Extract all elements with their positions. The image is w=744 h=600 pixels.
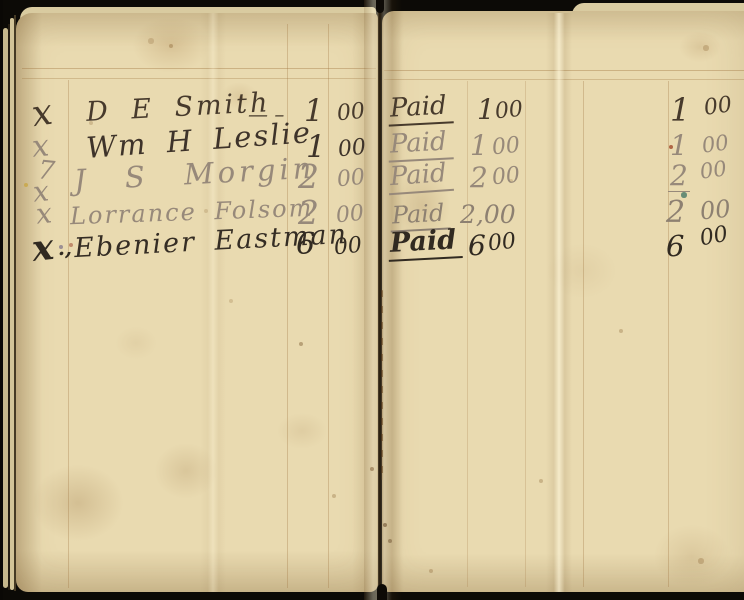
carry-dollars: 2	[668, 162, 690, 192]
entry-prefix: .,	[58, 238, 72, 258]
carry-cents: 00	[699, 196, 732, 223]
carry-cents: 00	[699, 158, 728, 183]
paid-dollars: 6	[468, 232, 486, 260]
column-rule	[287, 24, 288, 588]
book-gutter	[364, 0, 404, 600]
carry-cents: 00	[701, 132, 730, 157]
carry-cents: 00	[698, 224, 729, 251]
paid-label: Paid	[387, 92, 453, 126]
page-fold-crease	[546, 13, 572, 592]
gutter-tear	[381, 290, 383, 480]
column-rule	[467, 81, 468, 587]
column-rule	[525, 81, 526, 587]
amount-dollars: 6	[296, 230, 315, 260]
paid-cents: 00	[491, 165, 521, 190]
scanned-ledger-spread: x D E Smith — – 1 00 Paid 1 00 1 00 x Wm…	[0, 0, 744, 600]
check-mark: x	[30, 229, 55, 267]
header-rule	[22, 68, 376, 69]
paid-label: Paid	[387, 160, 454, 195]
paid-label: Paid	[387, 226, 463, 262]
amount-dollars: 2	[298, 160, 319, 193]
carry-cents: 00	[703, 94, 734, 120]
paid-dollars: 2	[470, 164, 488, 192]
amount-cents: 00	[336, 101, 366, 126]
carry-dollars: 1	[670, 132, 688, 160]
gutter-gap-top	[376, 0, 384, 13]
carry-dollars: 1	[670, 94, 690, 126]
paid-cents: 00	[491, 135, 521, 160]
column-rule	[583, 81, 584, 587]
foxing-specks	[0, 0, 2, 2]
gutter-gap-bottom	[377, 584, 387, 600]
column-rule	[328, 24, 329, 588]
amount-cents: 00	[337, 137, 367, 162]
margin-rule	[68, 80, 69, 588]
paid-cents: 00	[487, 231, 517, 256]
paid-cents: 00	[494, 99, 524, 124]
paid-dollars: 1	[470, 132, 488, 160]
carry-dollars: 6	[666, 232, 684, 261]
carry-dollars: 2	[666, 198, 685, 228]
amount-cents: 00	[333, 235, 363, 260]
column-rule	[668, 81, 669, 587]
paid-dollars: 1	[477, 96, 495, 124]
check-mark: x	[35, 199, 53, 228]
amount-cents: 00	[336, 167, 366, 192]
paid-amount: 2,00	[460, 202, 516, 227]
header-rule	[22, 78, 376, 79]
